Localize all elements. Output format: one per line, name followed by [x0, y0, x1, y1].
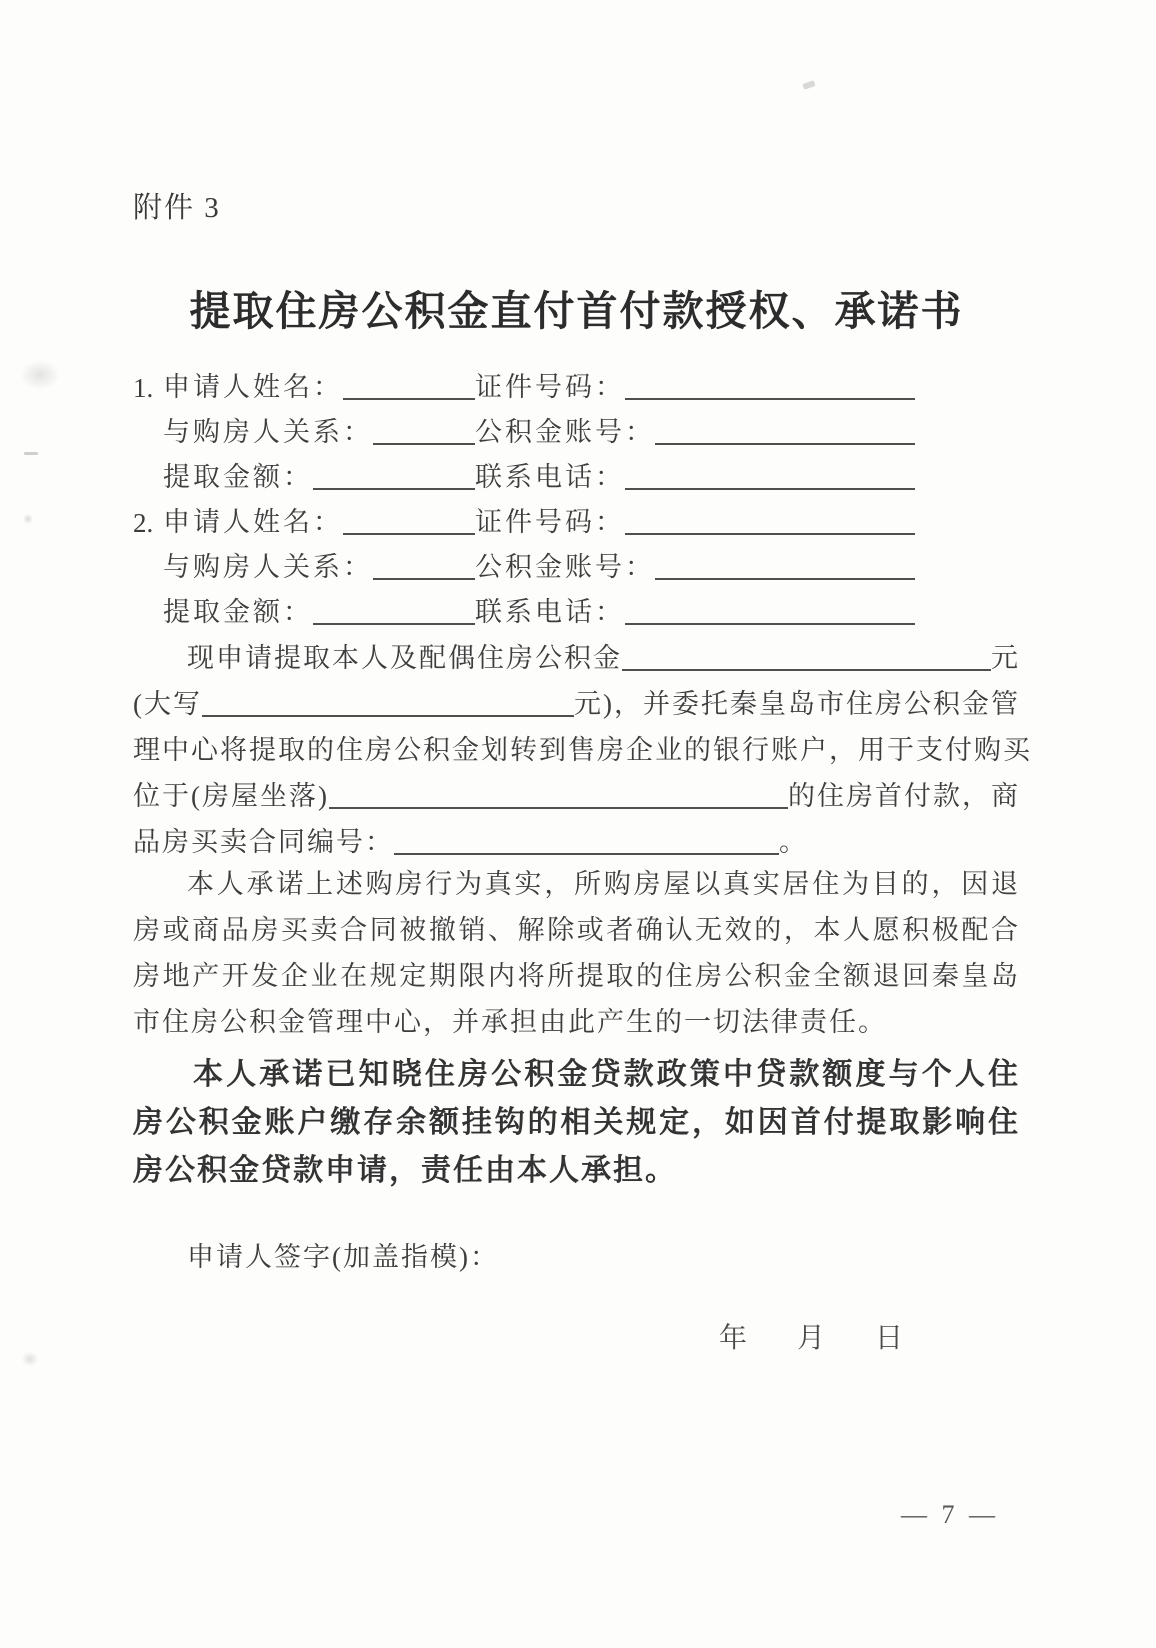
applicant2-relation-label: 与购房人关系： — [163, 545, 373, 584]
house-location-blank-line — [329, 806, 788, 809]
contract-number-line: 品房买卖合同编号： 。 — [133, 813, 1020, 859]
commitment-paragraph-2: 本人承诺已知晓住房公积金贷款政策中贷款额度与个人住房公积金账户缴存余额挂钩的相关… — [133, 1051, 1020, 1195]
applicant2-name-label: 申请人姓名： — [163, 500, 343, 539]
applicant2-account-label: 公积金账号： — [475, 545, 655, 584]
applicant2-phone-blank-line — [625, 622, 915, 625]
applicant1-relation-label: 与购房人关系： — [163, 410, 373, 449]
applicant2-amount-row: 提取金额： 联系电话： — [133, 584, 1020, 629]
date-line: 年 月 日 — [133, 1316, 1020, 1356]
applicant1-phone-label: 联系电话： — [475, 455, 625, 494]
withdraw-request-prefix: 现申请提取本人及配偶住房公积金 — [187, 636, 622, 675]
contract-number-blank-line — [394, 852, 779, 855]
transfer-clause-line: 理中心将提取的住房公积金划转到售房企业的银行账户，用于支付购买 — [133, 721, 1020, 767]
contract-number-prefix: 品房买卖合同编号： — [133, 820, 394, 859]
amount-in-words-suffix: 元)，并委托秦皇岛市住房公积金管 — [574, 682, 1020, 721]
applicant1-account-blank-line — [655, 442, 915, 445]
house-location-suffix: 的住房首付款，商 — [788, 774, 1020, 813]
amount-blank-line — [622, 668, 991, 671]
applicant2-id-blank-line — [625, 532, 915, 535]
applicant1-amount-label: 提取金额： — [163, 455, 313, 494]
attachment-label: 附件 3 — [133, 0, 1020, 226]
applicant1-account-label: 公积金账号： — [475, 410, 655, 449]
applicant1-name-label: 申请人姓名： — [163, 365, 343, 404]
applicant2-relation-blank-line — [373, 577, 475, 580]
document-content: 附件 3 提取住房公积金直付首付款授权、承诺书 1. 申请人姓名： 证件号码： … — [133, 0, 1020, 1356]
withdraw-request-suffix: 元 — [991, 636, 1020, 675]
date-year-label: 年 — [719, 1316, 747, 1356]
applicant1-phone-blank-line — [625, 487, 915, 490]
amount-in-words-blank-line — [202, 714, 574, 717]
applicant1-id-label: 证件号码： — [475, 365, 625, 404]
house-location-prefix: 位于(房屋坐落) — [133, 774, 329, 813]
applicant1-id-blank-line — [625, 397, 915, 400]
document-title: 提取住房公积金直付首付款授权、承诺书 — [133, 278, 1020, 337]
applicant-form-section: 1. 申请人姓名： 证件号码： 与购房人关系： 公积金账号： — [133, 359, 1020, 629]
date-month-label: 月 — [797, 1316, 825, 1356]
applicant1-name-blank-line — [343, 397, 475, 400]
scan-artifact — [23, 514, 33, 524]
applicant2-relation-row: 与购房人关系： 公积金账号： — [133, 539, 1020, 584]
scan-artifact — [20, 360, 60, 390]
applicant2-number: 2. — [133, 508, 163, 539]
applicant1-name-row: 1. 申请人姓名： 证件号码： — [133, 359, 1020, 404]
page-number: — 7 — — [875, 1500, 1025, 1530]
scan-artifact — [24, 452, 38, 455]
applicant1-amount-row: 提取金额： 联系电话： — [133, 449, 1020, 494]
date-day-label: 日 — [875, 1316, 903, 1356]
applicant1-relation-blank-line — [373, 442, 475, 445]
applicant1-number: 1. — [133, 373, 163, 404]
amount-in-words-line: (大写 元)，并委托秦皇岛市住房公积金管 — [133, 675, 1020, 721]
house-location-line: 位于(房屋坐落) 的住房首付款，商 — [133, 767, 1020, 813]
withdraw-request-line: 现申请提取本人及配偶住房公积金 元 — [133, 629, 1020, 675]
applicant2-amount-label: 提取金额： — [163, 590, 313, 629]
applicant2-name-row: 2. 申请人姓名： 证件号码： — [133, 494, 1020, 539]
applicant2-name-blank-line — [343, 532, 475, 535]
contract-number-suffix: 。 — [779, 820, 808, 859]
applicant2-account-blank-line — [655, 577, 915, 580]
amount-in-words-prefix: (大写 — [133, 682, 202, 721]
signature-label: 申请人签字(加盖指模)： — [133, 1235, 1020, 1274]
applicant1-amount-blank-line — [313, 487, 475, 490]
applicant2-id-label: 证件号码： — [475, 500, 625, 539]
transfer-clause-text: 理中心将提取的住房公积金划转到售房企业的银行账户，用于支付购买 — [133, 728, 1032, 767]
commitment-paragraph-1: 本人承诺上述购房行为真实，所购房屋以真实居住为目的，因退房或商品房买卖合同被撤销… — [133, 861, 1020, 1045]
applicant2-phone-label: 联系电话： — [475, 590, 625, 629]
scan-artifact — [22, 1352, 38, 1366]
applicant2-amount-blank-line — [313, 622, 475, 625]
applicant1-relation-row: 与购房人关系： 公积金账号： — [133, 404, 1020, 449]
scanned-document-page: 附件 3 提取住房公积金直付首付款授权、承诺书 1. 申请人姓名： 证件号码： … — [0, 0, 1156, 1648]
